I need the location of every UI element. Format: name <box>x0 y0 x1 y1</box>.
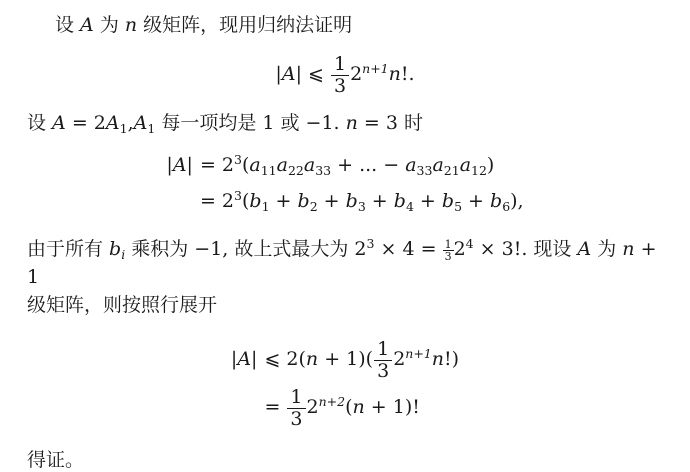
display-equations-n3: |A| = 23(a11a22a33 + ... − a33a21a12) = … <box>166 154 523 213</box>
math-variable: A <box>52 112 66 134</box>
math-variable: b <box>109 238 121 260</box>
fraction-numerator: 1 <box>287 387 305 408</box>
paragraph-qed: 得证。 <box>27 447 663 472</box>
math-variable: b <box>298 190 310 212</box>
text-run: + 1)! <box>365 396 420 418</box>
equation-lhs: |A| <box>166 154 193 176</box>
subscript: 33 <box>315 165 331 178</box>
math-variable: A <box>134 112 148 134</box>
text-run: + <box>270 190 298 212</box>
text-run: !. <box>401 63 415 85</box>
text-run: × 4 = <box>374 238 442 260</box>
math-variable: b <box>394 190 406 212</box>
math-variable: a <box>277 154 288 176</box>
text-run: 2 <box>454 238 466 260</box>
math-variable: n <box>353 396 365 418</box>
fraction: 13 <box>331 54 349 96</box>
equation-lhs: |A| <box>231 348 258 370</box>
subscript: 21 <box>444 165 460 178</box>
fraction-numerator: 1 <box>374 339 392 360</box>
text-run: 级矩阵，现用归纳法证明 <box>137 14 352 36</box>
text-run: + 1)( <box>318 348 373 370</box>
fraction-numerator: 1 <box>331 54 349 75</box>
text-run: + <box>366 190 394 212</box>
text-run: 设 <box>27 112 52 134</box>
subscript: 1 <box>120 123 128 136</box>
superscript: 4 <box>466 238 474 251</box>
paragraph-intro: 设 A 为 n 级矩阵，现用归纳法证明 <box>27 12 663 38</box>
math-variable: a <box>460 154 471 176</box>
superscript: n+2 <box>319 396 345 409</box>
text-run: = 3 时 <box>358 112 423 134</box>
text-run: 为 <box>94 14 125 36</box>
superscript: 3 <box>234 190 242 203</box>
math-variable: b <box>490 190 502 212</box>
math-variable: b <box>346 190 358 212</box>
text-run: 设 <box>55 14 80 36</box>
text-run: 乘积为 −1, 故上式最大为 2 <box>125 238 366 260</box>
fraction: 13 <box>374 339 392 381</box>
document-page: 设 A 为 n 级矩阵，现用归纳法证明 |A| ⩽ 132n+1n!. 设 A … <box>0 0 690 472</box>
math-variable: a <box>405 154 416 176</box>
subscript: 4 <box>406 201 414 214</box>
math-variable: a <box>304 154 315 176</box>
math-variable: a <box>249 154 260 176</box>
text-run: 为 <box>591 238 622 260</box>
display-formula-claim: |A| ⩽ 132n+1n!. <box>27 54 663 96</box>
math-variable: n <box>346 112 358 134</box>
subscript: 33 <box>417 165 433 178</box>
math-variable: n <box>622 238 634 260</box>
text-run: 由于所有 <box>27 238 109 260</box>
text-run: = 2 <box>66 112 106 134</box>
text-run: + ... − <box>331 154 405 176</box>
superscript: 3 <box>234 154 242 167</box>
fraction-denominator: 3 <box>331 75 349 97</box>
text-run: 2 <box>307 396 319 418</box>
math-variable: A <box>106 112 120 134</box>
fraction-denominator: 3 <box>443 250 454 262</box>
text-run: ⩽ 2( <box>264 348 305 370</box>
text-run: ) <box>487 154 494 176</box>
text-run: | ⩽ <box>296 63 330 85</box>
fraction: 13 <box>443 239 454 262</box>
display-equations-induction: |A| ⩽ 2(n + 1)(132n+1n!) = 132n+2(n + 1)… <box>231 339 459 429</box>
paragraph-argument-line1: 由于所有 bi 乘积为 −1, 故上式最大为 23 × 4 = 1324 × 3… <box>27 235 663 291</box>
equation-rhs: ⩽ 2(n + 1)(132n+1n!) <box>264 339 459 381</box>
fraction-denominator: 3 <box>374 360 392 382</box>
paragraph-argument-line2: 级矩阵，则按照行展开 <box>27 291 663 319</box>
math-variable: b <box>442 190 454 212</box>
fraction-denominator: 3 <box>287 408 305 430</box>
superscript: n+1 <box>362 63 388 76</box>
subscript: 5 <box>454 201 462 214</box>
math-variable: A <box>80 14 94 36</box>
text-run: 2 <box>350 63 362 85</box>
subscript: 22 <box>288 165 304 178</box>
math-variable: A <box>577 238 591 260</box>
superscript: n+1 <box>405 348 431 361</box>
subscript: 6 <box>502 201 510 214</box>
text-run: = 2 <box>200 154 234 176</box>
math-variable: n <box>389 63 401 85</box>
equation-rhs: = 23(b1 + b2 + b3 + b4 + b5 + b6), <box>200 190 524 214</box>
text-run: + <box>318 190 346 212</box>
text-run: ), <box>510 190 523 212</box>
text-run: + <box>414 190 442 212</box>
math-variable: A <box>282 63 296 85</box>
math-variable: b <box>249 190 261 212</box>
text-run: | <box>251 348 257 370</box>
text-run: 2 <box>393 348 405 370</box>
text-run: = <box>264 396 286 418</box>
text-run: × 3!. 现设 <box>474 238 578 260</box>
text-run: | <box>187 154 193 176</box>
fraction: 13 <box>287 387 305 429</box>
equation-rhs: = 132n+2(n + 1)! <box>264 387 459 429</box>
subscript: 12 <box>471 165 487 178</box>
math-variable: n <box>306 348 318 370</box>
fraction-numerator: 1 <box>443 239 454 250</box>
subscript: 11 <box>261 165 277 178</box>
text-run: ( <box>345 396 352 418</box>
math-variable: n <box>125 14 137 36</box>
math-variable: A <box>237 348 251 370</box>
math-variable: A <box>173 154 187 176</box>
text-run: 级矩阵，则按照行展开 <box>27 294 217 316</box>
text-run: = 2 <box>200 190 234 212</box>
text-run: !) <box>444 348 459 370</box>
text-run: 每一项均是 1 或 −1. <box>155 112 345 134</box>
subscript: 3 <box>358 201 366 214</box>
math-variable: a <box>432 154 443 176</box>
subscript: 1 <box>262 201 270 214</box>
math-variable: n <box>432 348 444 370</box>
paragraph-base-case: 设 A = 2A1,A1 每一项均是 1 或 −1. n = 3 时 <box>27 110 663 136</box>
subscript: 2 <box>310 201 318 214</box>
text-run: 得证。 <box>27 449 84 471</box>
text-run: + <box>462 190 490 212</box>
equation-rhs: = 23(a11a22a33 + ... − a33a21a12) <box>200 154 524 178</box>
